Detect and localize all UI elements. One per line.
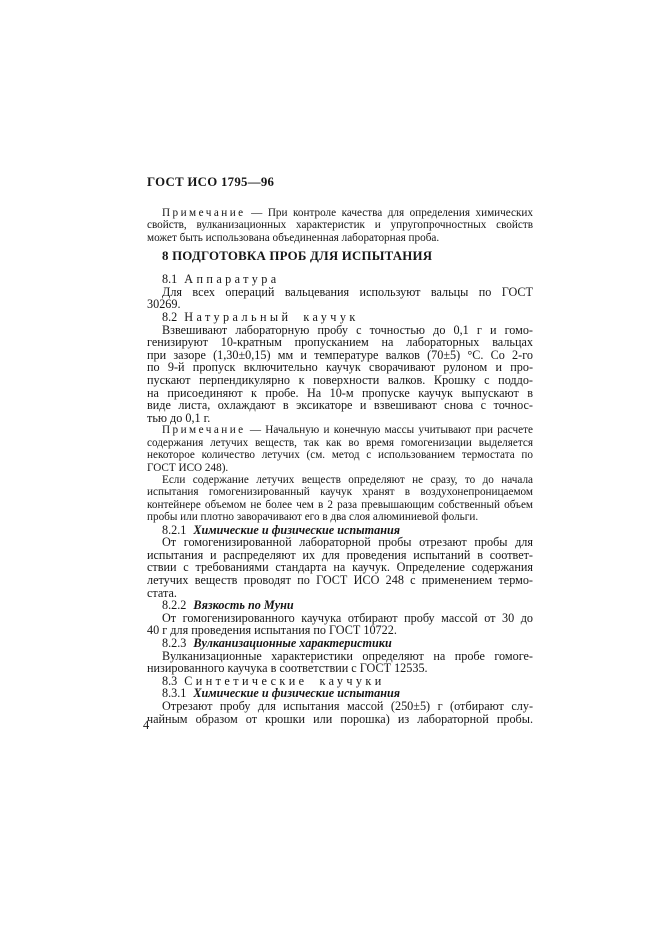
text-line: Отрезают пробу для испытания массой (250… [147,700,533,713]
clause-number: 8.2.3 [162,636,186,650]
document-content: Примечание — При контроле качества для о… [147,207,533,725]
text-column: ГОСТ ИСО 1795—96 Примечание — При контро… [147,176,533,725]
clause-title: Вулканизационные характеристики [193,636,391,650]
text-line: ГОСТ ИСО 248). [147,462,533,474]
paragraph: Взвешивают лабораторную пробу с точность… [147,324,533,425]
text-line: От гомогенизированной лабораторной пробы… [147,536,533,549]
note-label: Примечание [162,424,246,436]
note-paragraph: Если содержание летучих веществ определя… [147,474,533,524]
text-line: контейнере объемом не более чем в 2 раза… [147,499,533,511]
text-line: свойств, вулканизационных характеристик … [147,219,533,231]
text-line: тью до 0,1 г. [147,412,533,425]
clause-number: 8.2 [162,310,177,324]
clause-heading: 8.2.2Вязкость по Муни [147,599,533,612]
text-line-rest: — Начальную и конечную массы учитывают п… [246,424,533,436]
clause-heading: 8.1Аппаратура [147,273,533,286]
text-line: Примечание — При контроле качества для о… [147,207,533,219]
document-header: ГОСТ ИСО 1795—96 [147,176,533,189]
clause-heading: 8.2.3Вулканизационные характеристики [147,637,533,650]
text-line: летучих веществ проводят по ГОСТ ИСО 248… [147,574,533,587]
text-line: Примечание — Начальную и конечную массы … [147,424,533,436]
note-paragraph: Примечание — При контроле качества для о… [147,207,533,244]
text-line: может быть использована объединенная лаб… [147,232,533,244]
text-line: некоторое количество летучих (см. метод … [147,449,533,461]
section-heading: 8 ПОДГОТОВКА ПРОБ ДЛЯ ИСПЫТАНИЯ [147,250,533,263]
text-line: содержания летучих веществ, так как во в… [147,437,533,449]
clause-title: Натуральный каучук [184,310,358,324]
paragraph: От гомогенизированного каучука отбирают … [147,612,533,637]
paragraph: Вулканизационные характеристики определя… [147,650,533,675]
document-page: ГОСТ ИСО 1795—96 Примечание — При контро… [0,0,661,935]
clause-heading: 8.2Натуральный каучук [147,311,533,324]
paragraph: Для всех операций вальцевания используют… [147,286,533,311]
text-line: Для всех операций вальцевания используют… [147,286,533,299]
note-label: Примечание [162,207,246,219]
paragraph: Отрезают пробу для испытания массой (250… [147,700,533,725]
text-line-rest: — При контроле качества для определения … [246,207,533,219]
page-number: 4 [143,719,149,732]
text-line: пускают перпендикулярно к поверхности ва… [147,374,533,387]
text-line: Если содержание летучих веществ определя… [147,474,533,486]
text-line: испытания гомогенизированный каучук хран… [147,486,533,498]
note-paragraph: Примечание — Начальную и конечную массы … [147,424,533,474]
text-line: виде листа, охлаждают в эксикаторе и взв… [147,399,533,412]
paragraph: От гомогенизированной лабораторной пробы… [147,536,533,599]
text-line: чайным образом от крошки или порошка) из… [147,713,533,726]
text-line: генизируют 10-кратным пропусканием на ла… [147,336,533,349]
